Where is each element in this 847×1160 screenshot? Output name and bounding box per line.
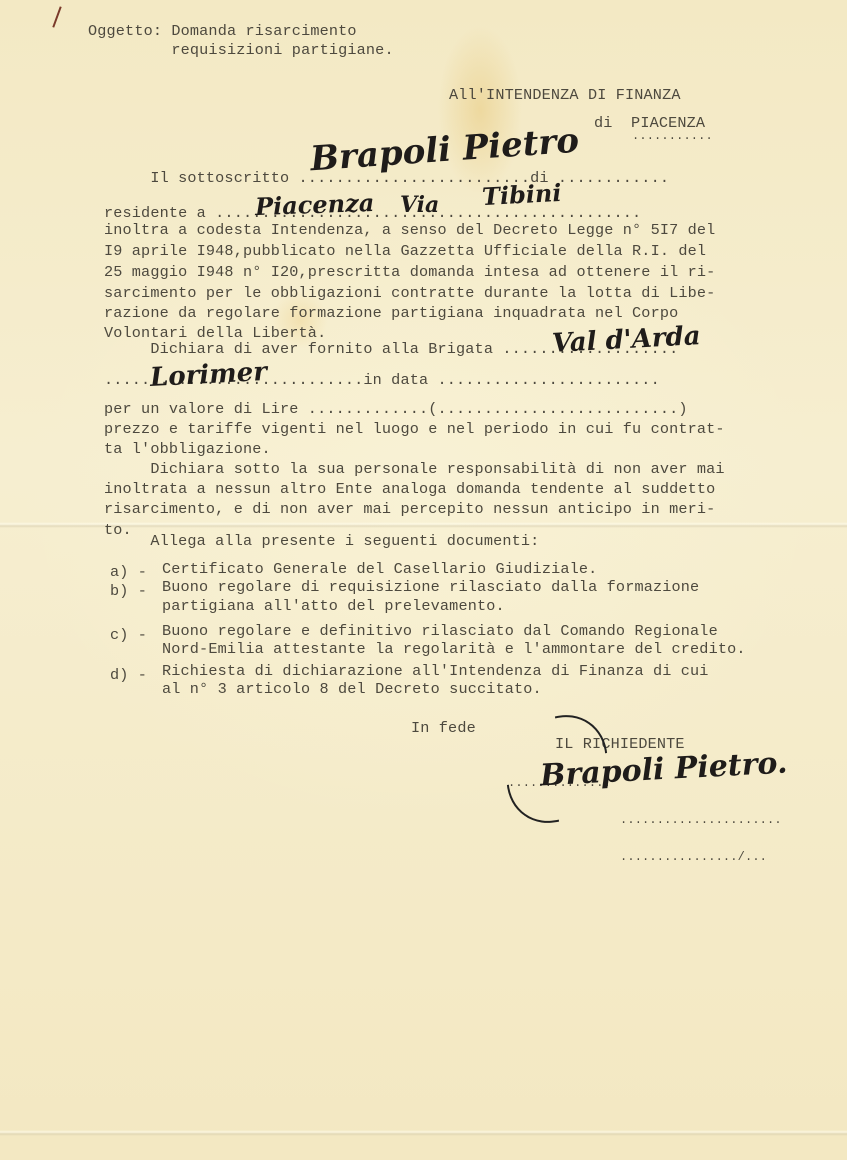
body-line-13: Dichiara sotto la sua personale responsa… <box>104 460 725 478</box>
body-line-4: 25 maggio I948 n° I20,prescritta domanda… <box>104 263 715 281</box>
attachment-c-text-2: Nord-Emilia attestante la regolarità e l… <box>162 640 746 658</box>
subject-line-2: requisizioni partigiane. <box>88 41 394 59</box>
attachment-c-text-1: Buono regolare e definitivo rilasciato d… <box>162 622 718 640</box>
attachment-b-marker: b) - <box>110 582 147 600</box>
body-line-6: razione da regolare formazione partigian… <box>104 304 678 322</box>
addressee-office: All'INTENDENZA DI FINANZA <box>449 86 681 104</box>
body-line-17: Allega alla presente i seguenti document… <box>104 532 539 550</box>
body-line-5: sarcimento per le obbligazioni contratte… <box>104 284 715 302</box>
closing-dots-2: ................/... <box>620 850 767 864</box>
attachment-a-marker: a) - <box>110 563 147 581</box>
closing-in-fede: In fede <box>411 719 476 737</box>
body-line-15: risarcimento, e di non aver mai percepit… <box>104 500 715 518</box>
subject-line-1: Oggetto: Domanda risarcimento <box>88 22 357 40</box>
body-line-11: prezzo e tariffe vigenti nel luogo e nel… <box>104 420 725 438</box>
attachment-d-marker: d) - <box>110 666 147 684</box>
body-line-12: ta l'obbligazione. <box>104 440 271 458</box>
attachment-d-text-1: Richiesta di dichiarazione all'Intendenz… <box>162 662 709 680</box>
paper-fold-line-bottom <box>0 1130 847 1136</box>
handwritten-goods: Lorimer <box>149 357 267 393</box>
handwritten-residence-city: Piacenza <box>255 188 375 221</box>
attachment-b-text-1: Buono regolare di requisizione rilasciat… <box>162 578 699 596</box>
attachment-b-text-2: partigiana all'atto del prelevamento. <box>162 597 505 615</box>
handwritten-street: Tibini <box>481 178 562 211</box>
addressee-dots: ........... <box>632 129 713 143</box>
attachment-a-text: Certificato Generale del Casellario Giud… <box>162 560 597 578</box>
body-line-3: I9 aprile I948,pubblicato nella Gazzetta… <box>104 242 706 260</box>
attachment-d-text-2: al n° 3 articolo 8 del Decreto succitato… <box>162 680 542 698</box>
body-line-2: inoltra a codesta Intendenza, a senso de… <box>104 221 715 239</box>
attachment-c-marker: c) - <box>110 626 147 644</box>
closing-dots-1: ...................... <box>620 813 782 827</box>
handwritten-street-prefix: Via <box>400 192 439 218</box>
body-line-14: inoltrata a nessun altro Ente analoga do… <box>104 480 715 498</box>
body-line-10: per un valore di Lire .............(....… <box>104 400 688 418</box>
